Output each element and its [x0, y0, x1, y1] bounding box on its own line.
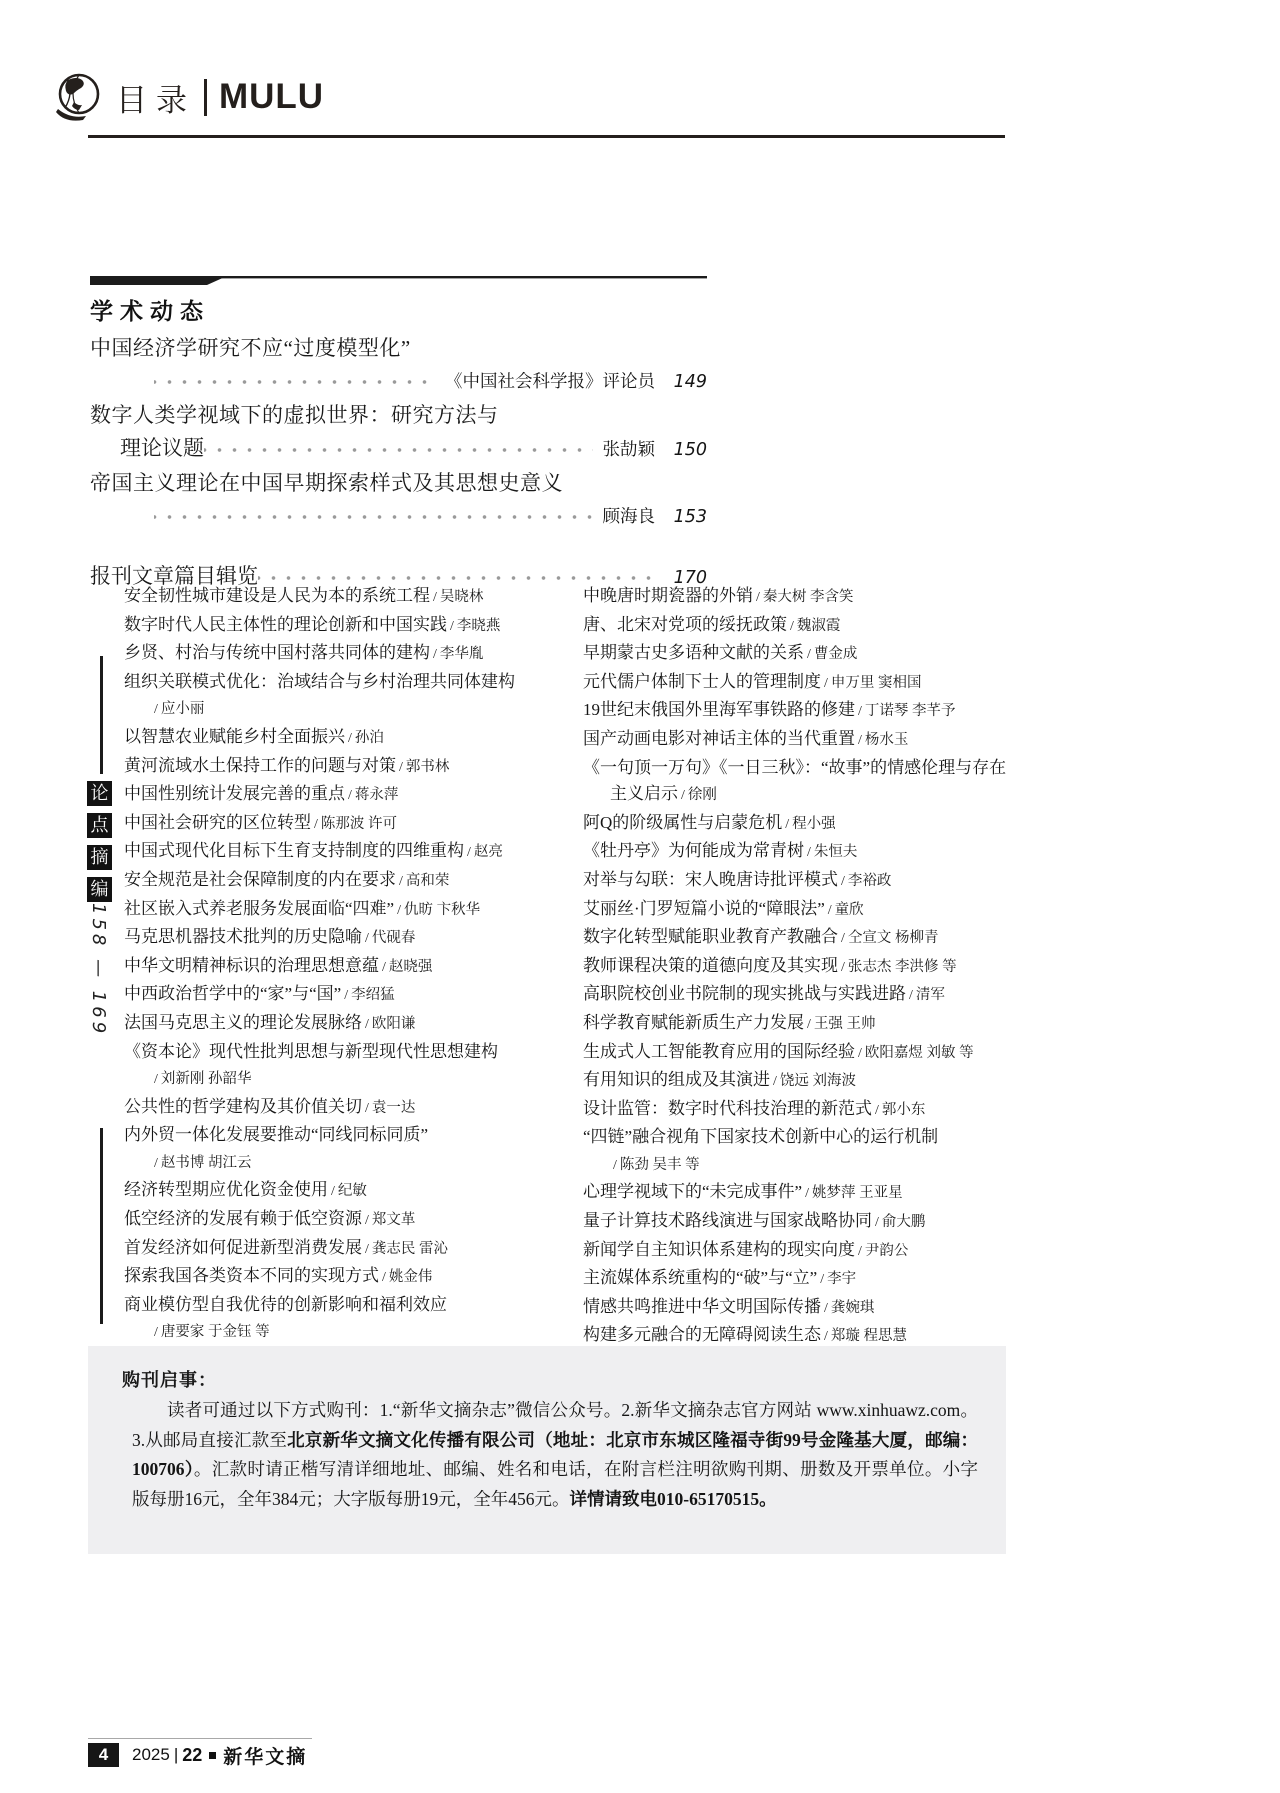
article-title: 《一句顶一万句》《一日三秋》：“故事”的情感伦理与存在	[583, 758, 1006, 777]
slash-separator: /	[787, 619, 797, 634]
list-item: 公共性的哲学建构及其价值关切/袁一达	[124, 1094, 574, 1123]
list-item: 生成式人工智能教育应用的国际经验/欧阳嘉煜 刘敏 等	[583, 1039, 1033, 1068]
list-item: 科学教育赋能新质生产力发展/王强 王帅	[583, 1010, 1033, 1039]
toc-entry-title: 中国经济学研究不应“过度模型化”	[90, 332, 707, 365]
toc-entry-title-cont: 理论议题	[120, 432, 204, 465]
page-number-badge: 4	[88, 1743, 119, 1767]
article-author: 丁诺琴 李芊予	[865, 703, 956, 719]
article-author: 代砚春	[372, 930, 416, 946]
article-author: 袁一达	[372, 1100, 416, 1116]
article-author: 徐刚	[688, 787, 717, 803]
article-title: 探索我国各类资本不同的实现方式	[124, 1266, 379, 1285]
article-title: 首发经济如何促进新型消费发展	[124, 1238, 362, 1257]
toc-entry-page: 150	[671, 434, 707, 467]
list-item: 艾丽丝·门罗短篇小说的“障眼法”/童欣	[583, 896, 1033, 925]
slash-separator: /	[855, 733, 865, 748]
slash-separator: /	[610, 1158, 620, 1173]
article-title: “四链”融合视角下国家技术创新中心的运行机制	[583, 1127, 938, 1146]
slash-separator: /	[394, 903, 404, 918]
slash-separator: /	[821, 1301, 831, 1316]
article-title: 主义启示	[610, 784, 678, 803]
academic-entries: 中国经济学研究不应“过度模型化”《中国社会科学报》评论员149数字人类学视域下的…	[90, 332, 707, 595]
list-item: 低空经济的发展有赖于低空资源/郑文革	[124, 1206, 574, 1235]
sidebar-label-char: 编	[87, 877, 112, 902]
slash-separator: /	[817, 1272, 827, 1287]
sidebar-label-char: 摘	[87, 845, 112, 870]
article-title: 元代儒户体制下士人的管理制度	[583, 672, 821, 691]
article-author: 姚梦萍 王亚星	[812, 1185, 903, 1201]
article-title: 安全韧性城市建设是人民为本的系统工程	[124, 586, 430, 605]
slash-separator: /	[678, 788, 688, 803]
article-title: 乡贤、村治与传统中国村落共同体的建构	[124, 643, 430, 662]
slash-separator: /	[782, 817, 792, 832]
notice-body: 读者可通过以下方式购刊：1.“新华文摘杂志”微信公众号。2.新华文摘杂志官方网站…	[132, 1396, 978, 1514]
slash-separator: /	[906, 988, 916, 1003]
article-title: 早期蒙古史多语种文献的关系	[583, 643, 804, 662]
slash-separator: /	[855, 704, 865, 719]
article-author: 龚婉琪	[831, 1300, 875, 1316]
article-title: 主流媒体系统重构的“破”与“立”	[583, 1268, 817, 1287]
article-author: 秦大树 李含笑	[763, 589, 854, 605]
article-title: 安全规范是社会保障制度的内在要求	[124, 870, 396, 889]
article-title: 组织关联模式优化：治域结合与乡村治理共同体建构	[124, 672, 515, 691]
list-item: 黄河流域水土保持工作的问题与对策/郭书林	[124, 753, 574, 782]
slash-separator: /	[151, 702, 161, 717]
article-title: 中华文明精神标识的治理思想意蕴	[124, 956, 379, 975]
article-author: 姚金伟	[389, 1269, 433, 1285]
slash-separator: /	[464, 845, 474, 860]
list-item: /应小丽	[124, 695, 574, 724]
list-item: 《资本论》现代性批判思想与新型现代性思想建构	[124, 1039, 574, 1066]
list-item: 安全规范是社会保障制度的内在要求/高和荣	[124, 867, 574, 896]
article-title: 阿Q的阶级属性与启蒙危机	[583, 813, 782, 832]
header-title-pinyin: MULU	[219, 77, 324, 117]
article-title: 数字化转型赋能职业教育产教融合	[583, 927, 838, 946]
toc-entry-title: 帝国主义理论在中国早期探索样式及其思想史意义	[90, 467, 707, 500]
slash-separator: /	[804, 647, 814, 662]
sidebar-section-label: 论点摘编	[87, 781, 112, 902]
article-author: 程小强	[792, 816, 836, 832]
slash-separator: /	[151, 1325, 161, 1340]
list-item: 商业模仿型自我优待的创新影响和福利效应	[124, 1292, 574, 1319]
slash-separator: /	[328, 1184, 338, 1199]
toc-entry-leader-line: 顾海良153	[90, 500, 707, 534]
article-author: 杨水玉	[865, 732, 909, 748]
article-title: 经济转型期应优化资金使用	[124, 1180, 328, 1199]
article-author: 孙泊	[355, 730, 384, 746]
article-author: 申万里 窦相国	[831, 675, 922, 691]
digest-right-column: 中晚唐时期瓷器的外销/秦大树 李含笑唐、北宋对党项的绥抚政策/魏淑霞早期蒙古史多…	[583, 583, 1033, 1380]
article-title: 量子计算技术路线演进与国家战略协同	[583, 1211, 872, 1230]
article-author: 李宇	[827, 1271, 856, 1287]
article-author: 陈那波 许可	[321, 816, 397, 832]
list-item: 内外贸一体化发展要推动“同线同标同质”	[124, 1122, 574, 1149]
article-author: 郭小东	[882, 1102, 926, 1118]
slash-separator: /	[770, 1074, 780, 1089]
list-item: 中国式现代化目标下生育支持制度的四维重构/赵亮	[124, 838, 574, 867]
list-item: 首发经济如何促进新型消费发展/龚志民 雷沁	[124, 1235, 574, 1264]
slash-separator: /	[345, 788, 355, 803]
slash-separator: /	[802, 1186, 812, 1201]
article-title: 有用知识的组成及其演进	[583, 1070, 770, 1089]
article-title: 公共性的哲学建构及其价值关切	[124, 1097, 362, 1116]
notice-text-segment: 详情请致电010-65170515。	[570, 1489, 777, 1509]
slash-separator: /	[311, 817, 321, 832]
article-title: 情感共鸣推进中华文明国际传播	[583, 1297, 821, 1316]
article-author: 赵书博 胡江云	[161, 1155, 252, 1171]
slash-separator: /	[341, 988, 351, 1003]
sidebar-rule-bottom	[100, 1128, 103, 1324]
article-title: 黄河流域水土保持工作的问题与对策	[124, 756, 396, 775]
list-item: /刘新刚 孙韶华	[124, 1065, 574, 1094]
article-author: 刘新刚 孙韶华	[161, 1071, 252, 1087]
notice-text-segment: 。汇款时请正楷写清详细地址、邮编、姓名和电话，在附言栏注明欲购刊期、册数及开票单…	[132, 1459, 978, 1509]
article-author: 李绍猛	[351, 987, 395, 1003]
article-author: 赵亮	[474, 844, 503, 860]
list-item: 中国性别统计发展完善的重点/蒋永萍	[124, 781, 574, 810]
list-item: 乡贤、村治与传统中国村落共同体的建构/李华胤	[124, 640, 574, 669]
slash-separator: /	[855, 1244, 865, 1259]
section-divider-bar	[90, 276, 707, 285]
list-item: 中西政治哲学中的“家”与“国”/李绍猛	[124, 981, 574, 1010]
list-item: 中华文明精神标识的治理思想意蕴/赵晓强	[124, 953, 574, 982]
article-author: 魏淑霞	[797, 618, 841, 634]
slash-separator: /	[151, 1072, 161, 1087]
dotted-leader	[204, 443, 593, 457]
article-author: 欧阳嘉煜 刘敏 等	[865, 1045, 974, 1061]
article-author: 饶远 刘海波	[780, 1073, 856, 1089]
list-item: /唐要家 于金钰 等	[124, 1318, 574, 1347]
article-title: 数字时代人民主体性的理论创新和中国实践	[124, 615, 447, 634]
slash-separator: /	[872, 1215, 882, 1230]
list-item: 高职院校创业书院制的现实挑战与实践进路/清军	[583, 981, 1033, 1010]
article-author: 俞大鹏	[882, 1214, 926, 1230]
article-title: 新闻学自主知识体系建构的现实向度	[583, 1240, 855, 1259]
list-item: 安全韧性城市建设是人民为本的系统工程/吴晓林	[124, 583, 574, 612]
page-header: 目录 MULU	[54, 72, 324, 122]
slash-separator: /	[362, 1242, 372, 1257]
article-title: 国产动画电影对神话主体的当代重置	[583, 729, 855, 748]
slash-separator: /	[345, 731, 355, 746]
article-title: 高职院校创业书院制的现实挑战与实践进路	[583, 984, 906, 1003]
slash-separator: /	[838, 874, 848, 889]
list-item: “四链”融合视角下国家技术创新中心的运行机制	[583, 1124, 1033, 1151]
article-title: 唐、北宋对党项的绥抚政策	[583, 615, 787, 634]
sidebar-page-range: 158 — 169	[88, 903, 109, 1037]
article-author: 吴晓林	[440, 589, 484, 605]
sidebar-label-char: 点	[87, 813, 112, 838]
footer-magazine-name: 新华文摘	[223, 1742, 307, 1769]
dotted-leader	[154, 375, 435, 389]
header-rule	[88, 135, 1005, 138]
list-item: 元代儒户体制下士人的管理制度/申万里 窦相国	[583, 669, 1033, 698]
article-title: 19世纪末俄国外里海军事铁路的修建	[583, 700, 855, 719]
article-author: 纪敏	[338, 1183, 367, 1199]
list-item: 主流媒体系统重构的“破”与“立”/李宇	[583, 1265, 1033, 1294]
slash-separator: /	[430, 647, 440, 662]
article-title: 设计监管：数字时代科技治理的新范式	[583, 1099, 872, 1118]
slash-separator: /	[430, 590, 440, 605]
article-title: 艾丽丝·门罗短篇小说的“障眼法”	[583, 899, 825, 918]
slash-separator: /	[362, 1101, 372, 1116]
slash-separator: /	[838, 931, 848, 946]
slash-separator: /	[804, 845, 814, 860]
article-author: 蒋永萍	[355, 787, 399, 803]
globe-logo-icon	[54, 72, 104, 122]
slash-separator: /	[821, 676, 831, 691]
digest-left-column: 安全韧性城市建设是人民为本的系统工程/吴晓林数字时代人民主体性的理论创新和中国实…	[124, 583, 574, 1376]
list-item: 法国马克思主义的理论发展脉络/欧阳谦	[124, 1010, 574, 1039]
toc-entry-title: 数字人类学视域下的虚拟世界：研究方法与	[90, 399, 707, 432]
list-item: 中晚唐时期瓷器的外销/秦大树 李含笑	[583, 583, 1033, 612]
article-author: 欧阳谦	[372, 1016, 416, 1032]
slash-separator: /	[825, 903, 835, 918]
toc-entry-page: 149	[671, 366, 707, 399]
footer-bullet-square-icon	[209, 1752, 216, 1759]
slash-separator: /	[379, 960, 389, 975]
section-heading: 学术动态	[90, 293, 707, 326]
footer-issue-number: 22	[182, 1745, 202, 1766]
list-item: 早期蒙古史多语种文献的关系/曹金成	[583, 640, 1033, 669]
slash-separator: /	[804, 1017, 814, 1032]
list-item: 主义启示/徐刚	[583, 781, 1033, 810]
toc-entry-author: 《中国社会科学报》评论员	[445, 365, 655, 398]
article-author: 张志杰 李洪修 等	[848, 959, 957, 975]
dotted-leader	[154, 510, 593, 524]
footer-year: 2025	[132, 1745, 170, 1765]
slash-separator: /	[396, 874, 406, 889]
article-title: 以智慧农业赋能乡村全面振兴	[124, 727, 345, 746]
toc-entry: 数字人类学视域下的虚拟世界：研究方法与理论议题张劼颖150	[90, 399, 707, 467]
header-title-chinese: 目录	[116, 75, 196, 120]
slash-separator: /	[379, 1270, 389, 1285]
article-title: 《牡丹亭》为何能成为常青树	[583, 841, 804, 860]
list-item: 情感共鸣推进中华文明国际传播/龚婉琪	[583, 1294, 1033, 1323]
purchase-notice-box: 购刊启事： 读者可通过以下方式购刊：1.“新华文摘杂志”微信公众号。2.新华文摘…	[88, 1346, 1006, 1554]
magazine-toc-page: 目录 MULU 学术动态 中国经济学研究不应“过度模型化”《中国社会科学报》评论…	[0, 0, 1280, 1793]
toc-entry-author: 顾海良	[603, 500, 656, 533]
list-item: 数字时代人民主体性的理论创新和中国实践/李晓燕	[124, 612, 574, 641]
slash-separator: /	[821, 1329, 831, 1344]
article-author: 曹金成	[814, 646, 858, 662]
article-author: 仇昉 卞秋华	[404, 902, 480, 918]
article-title: 构建多元融合的无障碍阅读生态	[583, 1325, 821, 1344]
article-title: 中晚唐时期瓷器的外销	[583, 586, 753, 605]
article-title: 社区嵌入式养老服务发展面临“四难”	[124, 899, 394, 918]
list-item: 阿Q的阶级属性与启蒙危机/程小强	[583, 810, 1033, 839]
slash-separator: /	[362, 931, 372, 946]
list-item: 经济转型期应优化资金使用/纪敏	[124, 1177, 574, 1206]
article-author: 郑文革	[372, 1212, 416, 1228]
article-title: 法国马克思主义的理论发展脉络	[124, 1013, 362, 1032]
article-title: 中国社会研究的区位转型	[124, 813, 311, 832]
slash-separator: /	[753, 590, 763, 605]
article-title: 心理学视域下的“未完成事件”	[583, 1182, 802, 1201]
article-author: 王强 王帅	[814, 1016, 876, 1032]
toc-entry-author: 张劼颖	[603, 433, 656, 466]
slash-separator: /	[838, 960, 848, 975]
slash-separator: /	[151, 1156, 161, 1171]
article-title: 科学教育赋能新质生产力发展	[583, 1013, 804, 1032]
academic-section: 学术动态 中国经济学研究不应“过度模型化”《中国社会科学报》评论员149数字人类…	[90, 276, 707, 595]
list-item: 以智慧农业赋能乡村全面振兴/孙泊	[124, 724, 574, 753]
list-item: 探索我国各类资本不同的实现方式/姚金伟	[124, 1263, 574, 1292]
list-item: 中国社会研究的区位转型/陈那波 许可	[124, 810, 574, 839]
list-item: 新闻学自主知识体系建构的现实向度/尹韵公	[583, 1237, 1033, 1266]
toc-entry-leader-line: 《中国社会科学报》评论员149	[90, 365, 707, 399]
slash-separator: /	[396, 760, 406, 775]
list-item: 设计监管：数字时代科技治理的新范式/郭小东	[583, 1096, 1033, 1125]
article-author: 郑璇 程思慧	[831, 1328, 907, 1344]
article-title: 中西政治哲学中的“家”与“国”	[124, 984, 341, 1003]
slash-separator: /	[447, 619, 457, 634]
article-author: 龚志民 雷沁	[372, 1241, 448, 1257]
list-item: 量子计算技术路线演进与国家战略协同/俞大鹏	[583, 1208, 1033, 1237]
article-author: 仝宣文 杨柳青	[848, 930, 939, 946]
list-item: 对举与勾联：宋人晚唐诗批评模式/李裕政	[583, 867, 1033, 896]
list-item: /赵书博 胡江云	[124, 1149, 574, 1178]
list-item: 组织关联模式优化：治域结合与乡村治理共同体建构	[124, 669, 574, 696]
article-author: 李裕政	[848, 873, 892, 889]
article-author: 清军	[916, 987, 945, 1003]
slash-separator: /	[362, 1017, 372, 1032]
article-author: 李华胤	[440, 646, 484, 662]
footer-rule	[88, 1738, 312, 1739]
article-title: 中国性别统计发展完善的重点	[124, 784, 345, 803]
article-author: 朱恒夫	[814, 844, 858, 860]
article-title: 马克思机器技术批判的历史隐喻	[124, 927, 362, 946]
page-footer: 4 2025 | 22 新华文摘	[88, 1743, 307, 1767]
list-item: 数字化转型赋能职业教育产教融合/仝宣文 杨柳青	[583, 924, 1033, 953]
toc-entry-page: 153	[671, 501, 707, 534]
article-title: 对举与勾联：宋人晚唐诗批评模式	[583, 870, 838, 889]
article-author: 唐要家 于金钰 等	[161, 1324, 270, 1340]
slash-separator: /	[362, 1213, 372, 1228]
toc-entry: 中国经济学研究不应“过度模型化”《中国社会科学报》评论员149	[90, 332, 707, 399]
list-item: 国产动画电影对神话主体的当代重置/杨水玉	[583, 726, 1033, 755]
list-item: 19世纪末俄国外里海军事铁路的修建/丁诺琴 李芊予	[583, 697, 1033, 726]
article-author: 童欣	[835, 902, 864, 918]
sidebar-label-char: 论	[87, 781, 112, 806]
sidebar-rule-top	[100, 656, 103, 774]
article-author: 陈劲 吴丰 等	[620, 1157, 700, 1173]
list-item: 心理学视域下的“未完成事件”/姚梦萍 王亚星	[583, 1179, 1033, 1208]
toc-entry-leader-line: 理论议题张劼颖150	[90, 432, 707, 467]
header-title-divider	[204, 79, 207, 116]
article-author: 尹韵公	[865, 1243, 909, 1259]
article-title: 《资本论》现代性批判思想与新型现代性思想建构	[124, 1042, 498, 1061]
list-item: 唐、北宋对党项的绥抚政策/魏淑霞	[583, 612, 1033, 641]
article-title: 内外贸一体化发展要推动“同线同标同质”	[124, 1125, 428, 1144]
list-item: 《牡丹亭》为何能成为常青树/朱恒夫	[583, 838, 1033, 867]
list-item: 教师课程决策的道德向度及其实现/张志杰 李洪修 等	[583, 953, 1033, 982]
article-author: 李晓燕	[457, 618, 501, 634]
article-title: 低空经济的发展有赖于低空资源	[124, 1209, 362, 1228]
notice-title: 购刊启事：	[122, 1366, 217, 1392]
article-author: 应小丽	[161, 701, 205, 717]
list-item: /陈劲 吴丰 等	[583, 1151, 1033, 1180]
footer-separator: |	[174, 1745, 178, 1765]
article-title: 生成式人工智能教育应用的国际经验	[583, 1042, 855, 1061]
article-title: 教师课程决策的道德向度及其实现	[583, 956, 838, 975]
article-author: 高和荣	[406, 873, 450, 889]
list-item: 《一句顶一万句》《一日三秋》：“故事”的情感伦理与存在	[583, 755, 1033, 782]
article-title: 中国式现代化目标下生育支持制度的四维重构	[124, 841, 464, 860]
list-item: 社区嵌入式养老服务发展面临“四难”/仇昉 卞秋华	[124, 896, 574, 925]
article-author: 郭书林	[406, 759, 450, 775]
slash-separator: /	[855, 1046, 865, 1061]
slash-separator: /	[872, 1103, 882, 1118]
article-author: 赵晓强	[389, 959, 433, 975]
article-title: 商业模仿型自我优待的创新影响和福利效应	[124, 1295, 447, 1314]
list-item: 马克思机器技术批判的历史隐喻/代砚春	[124, 924, 574, 953]
toc-entry: 帝国主义理论在中国早期探索样式及其思想史意义顾海良153	[90, 467, 707, 534]
list-item: 有用知识的组成及其演进/饶远 刘海波	[583, 1067, 1033, 1096]
